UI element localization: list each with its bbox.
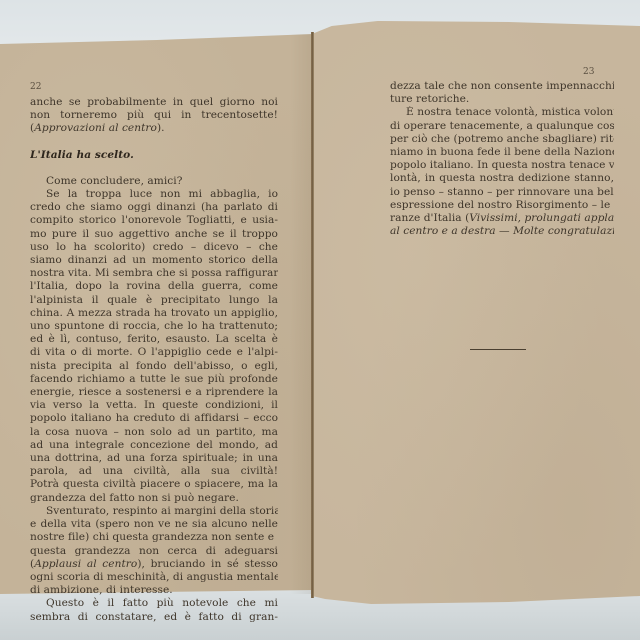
text-line: ranze d'Italia (Vivissimi, prolungati ap…: [390, 212, 614, 225]
text-line: credo che siamo oggi dinanzi (ha parlato…: [30, 201, 278, 214]
text-line: anche se probabilmente in quel giorno no…: [30, 96, 278, 109]
text-line: Come concludere, amici?: [30, 175, 278, 188]
text-line: Sventurato, respinto ai margini della st…: [30, 505, 278, 518]
text-line: al centro e a destra — Molte congratulaz…: [390, 225, 614, 238]
text-line: l'alpinista il quale è precipitato lungo…: [30, 294, 278, 307]
italic-annotation: Approvazioni al centro: [34, 122, 157, 134]
book-spine: [311, 32, 314, 598]
text-line: espressione del nostro Risorgimento – le…: [390, 199, 614, 212]
text-line: non torneremo più qui in trecentosette!: [30, 109, 278, 122]
text-line: È nostra tenace volontà, mistica volontà…: [390, 106, 614, 119]
text-line: popolo italiano. In questa nostra tenace…: [390, 159, 614, 172]
text-line: la cosa nuova – non solo ad un partito, …: [30, 426, 278, 439]
text-line: per ciò che (potremo anche sbagliare) ri…: [390, 133, 614, 146]
text-line: sembra di constatare, ed è fatto di gran…: [30, 611, 278, 624]
text-line: (Approvazioni al centro).: [30, 122, 278, 135]
text-line: nostra vita. Mi sembra che si possa raff…: [30, 267, 278, 280]
text-line: nista precipita al fondo dell'abisso, o …: [30, 360, 278, 373]
text-line: una dottrina, ad una forza spirituale; i…: [30, 452, 278, 465]
text-line: parola, ad una civiltà, alla sua civiltà…: [30, 465, 278, 478]
text-line: io penso – stanno – per rinnovare una be…: [390, 186, 614, 199]
text-line: ad una integrale concezione del mondo, a…: [30, 439, 278, 452]
text-line: lontà, in questa nostra dedizione stanno…: [390, 172, 614, 185]
page-number-left: 22: [30, 82, 41, 92]
text-line: ture retoriche.: [390, 93, 614, 106]
page-number-right: 23: [583, 67, 594, 77]
italic-annotation: al centro e a destra — Molte congratulaz…: [390, 225, 614, 237]
text-line: e della vita (spero non ve ne sia alcuno…: [30, 518, 278, 531]
text-line: facendo richiamo a tutte le sue più prof…: [30, 373, 278, 386]
text-line: Se la troppa luce non mi abbaglia, io: [30, 188, 278, 201]
text-line: siamo dinanzi ad un momento storico dell…: [30, 254, 278, 267]
text-line: compito storico l'onorevole Togliatti, e…: [30, 214, 278, 227]
text-line: di operare tenacemente, a qualunque cost…: [390, 120, 614, 133]
italic-annotation: Applausi al centro: [34, 558, 137, 570]
text-line: niamo in buona fede il bene della Nazion…: [390, 146, 614, 159]
text-line: via verso la vetta. In queste condizioni…: [30, 399, 278, 412]
right-page-text: dezza tale che non consente impennacchia…: [390, 80, 614, 238]
text-line: china. A mezza strada ha trovato un appi…: [30, 307, 278, 320]
text-line: Potrà questa civiltà piacere o spiacere,…: [30, 478, 278, 491]
text-line: (Applausi al centro), bruciando in sé st…: [30, 558, 278, 571]
text-line: uso lo ha scolorito) credo – dicevo – ch…: [30, 241, 278, 254]
text-line: nostre file) chi questa grandezza non se…: [30, 531, 278, 544]
paragraph-gap: [30, 136, 278, 149]
text-line: di vita o di morte. O l'appiglio cede e …: [30, 346, 278, 359]
paragraph-gap: [30, 162, 278, 175]
text-line: questa grandezza non cerca di adeguarsi: [30, 545, 278, 558]
text-line: dezza tale che non consente impennacchia…: [390, 80, 614, 93]
text-line: popolo italiano ha creduto di affidarsi …: [30, 412, 278, 425]
text-line: grandezza del fatto non si può negare.: [30, 492, 278, 505]
text-line: energie, riesce a sostenersi e a riprend…: [30, 386, 278, 399]
text-line: di ambizione, di interesse.: [30, 584, 278, 597]
section-separator-rule: [470, 349, 526, 350]
text-line: ed è lì, contuso, ferito, esausto. La sc…: [30, 333, 278, 346]
text-line: ogni scoria di meschinità, di angustia m…: [30, 571, 278, 584]
text-line: l'Italia, dopo la rovina della guerra, c…: [30, 280, 278, 293]
left-page-text: anche se probabilmente in quel giorno no…: [30, 96, 278, 624]
text-line: mo pure il suo aggettivo anche se il tro…: [30, 228, 278, 241]
section-heading: L'Italia ha scelto.: [30, 149, 278, 162]
text-line: uno spuntone di roccia, che lo ha tratte…: [30, 320, 278, 333]
italic-annotation: Vivissimi, prolungati applausi: [469, 212, 614, 224]
text-line: Questo è il fatto più notevole che mi: [30, 597, 278, 610]
